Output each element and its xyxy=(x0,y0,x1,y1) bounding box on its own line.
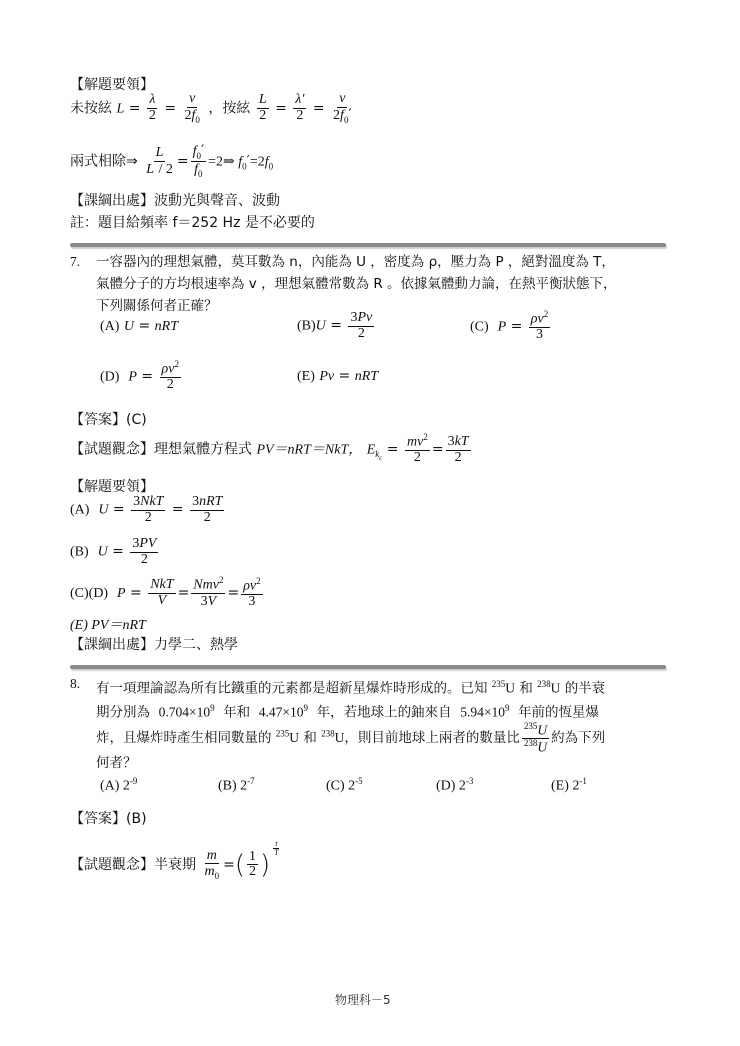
q8-concept: 【試題觀念】半衰期 mm0=(12)tT xyxy=(70,840,283,881)
q8-option-e: (E) 2-1 xyxy=(551,776,587,795)
q7-solution-heading: 【解題要領】 xyxy=(70,476,154,496)
q7-option-e: (E) Pv = nRT xyxy=(297,368,378,385)
solution-line-2: 兩式相除⇒ LL / 2=f0′f0=2⇒ f0′=2f0 xyxy=(70,144,273,179)
q7-text-line-1: 一容器內的理想氣體，莫耳數為 n，內能為 U ，密度為 ρ，壓力為 P ，絕對溫… xyxy=(96,251,615,273)
q8-option-a: (A) 2-9 xyxy=(100,776,137,795)
q7-text-line-3: 下列關係何者正確？ xyxy=(96,295,218,317)
section-divider-2 xyxy=(70,665,666,669)
solution-line-1: 未按絃 L = λ2 = v2f0 ，按絃 L2 = λ′2 = v2f0′ xyxy=(70,92,356,125)
q8-text-line-1: 有一項理論認為所有比鐵重的元素都是超新星爆炸時形成的。已知 235U 和 238… xyxy=(96,673,605,700)
q7-number: 7. xyxy=(70,251,80,273)
q8-answer: 【答案】(B) xyxy=(70,808,147,828)
q7-solution-a: (A) U = 3NkT2 = 3nRT2 xyxy=(70,494,226,525)
q7-option-d: (D) P = ρv22 xyxy=(100,360,183,393)
q8-option-b: (B) 2-7 xyxy=(218,776,255,795)
note: 註：題目給頻率 f＝252 Hz 是不必要的 xyxy=(70,212,315,232)
q8-option-d: (D) 2-3 xyxy=(436,776,473,795)
q7-syllabus-source: 【課綱出處】力學二、熱學 xyxy=(70,634,238,654)
q7-solution-cd: (C)(D) P = NkTV=Nmv23V=ρv23 xyxy=(70,576,265,610)
page-footer: 物理科－5 xyxy=(335,991,391,1008)
syllabus-source-prev: 【課綱出處】波動光與聲音、波動 xyxy=(70,190,280,210)
q7-solution-e: (E) PV＝nRT xyxy=(70,614,146,634)
q8-text-line-3: 炸，且爆炸時產生相同數量的 235U 和 238U，則目前地球上兩者的數量比23… xyxy=(96,722,605,754)
q7-concept: 【試題觀念】理想氣體方程式 PV＝nRT＝NkT， Ekc = mv22=3kT… xyxy=(70,433,473,466)
q8-option-c: (C) 2-5 xyxy=(326,776,363,795)
q7-text-line-2: 氣體分子的方均根速率為 v ，理想氣體常數為 R 。依據氣體動力論，在熱平衡狀態… xyxy=(96,273,617,295)
q8-text-line-2: 期分別為 0.704×109 年和 4.47×109 年，若地球上的鈾來自 5.… xyxy=(96,697,599,724)
q7-answer: 【答案】(C) xyxy=(70,409,147,429)
q8-text-line-4: 何者？ xyxy=(96,752,137,774)
section-divider xyxy=(70,243,666,247)
q7-solution-b: (B) U = 3PV2 xyxy=(70,536,160,567)
q8-number: 8. xyxy=(70,673,80,695)
q7-option-c: (C) P = ρv23 xyxy=(470,310,552,343)
q7-option-a: (A) U = nRT xyxy=(100,318,178,335)
solution-heading: 【解題要領】 xyxy=(70,74,154,94)
q7-option-b: (B)U = 3Pv2 xyxy=(297,310,376,341)
